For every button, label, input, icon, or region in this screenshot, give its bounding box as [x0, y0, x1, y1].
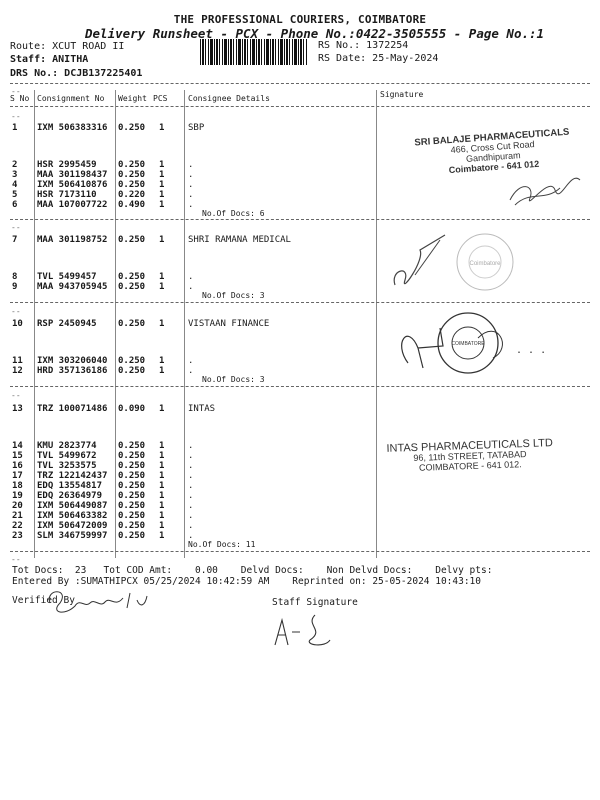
signature-scribble — [500, 160, 590, 210]
totals-line: Tot Docs: 23 Tot COD Amt: 0.00 Delvd Doc… — [12, 565, 492, 576]
column-header-signature: Signature — [380, 90, 423, 99]
column-header-details: Consignee Details — [188, 94, 270, 103]
stamp-intas: INTAS PHARMACEUTICALS LTD 96, 11th STREE… — [379, 437, 560, 475]
entered-by-line: Entered By :SUMATHIPCX 05/25/2024 10:42:… — [12, 576, 481, 587]
table-row: 17TRZ 1221424370.2501. — [0, 471, 600, 481]
staff-signature — [270, 610, 340, 650]
table-row: 23SLM 3467599970.2501. — [0, 531, 600, 541]
drs-number: DRS No.: DCJB137225401 — [10, 68, 142, 79]
table-row: 22IXM 5064720090.2501. — [0, 521, 600, 531]
divider — [10, 551, 590, 552]
column-header-pcs: PCS — [153, 94, 167, 103]
divider — [10, 219, 590, 220]
staff-signature-label: Staff Signature — [272, 597, 358, 608]
divider — [10, 106, 590, 107]
divider — [10, 83, 590, 84]
runsheet-subtitle: Delivery Runsheet - PCX - Phone No.:0422… — [85, 26, 544, 41]
table-row: 18EDQ 135548170.2501. — [0, 481, 600, 491]
route-label: Route: XCUT ROAD II — [10, 41, 124, 52]
divider-mark: -- — [11, 223, 21, 232]
barcode-icon — [200, 39, 308, 65]
staff-label: Staff: ANITHA — [10, 54, 88, 65]
divider-mark: -- — [11, 112, 21, 121]
column-header-weight: Weight — [118, 94, 147, 103]
table-row: 13TRZ 1000714860.0901INTAS — [0, 404, 600, 414]
table-row: 19EDQ 263649790.2501. — [0, 491, 600, 501]
group-doc-count: No.Of Docs: 3 — [202, 291, 265, 300]
rs-number: RS No.: 1372254 — [318, 40, 408, 51]
rs-date: RS Date: 25-May-2024 — [318, 53, 438, 64]
svg-text:. . .: . . . — [516, 345, 546, 356]
column-header-sno: S No — [10, 94, 29, 103]
group-doc-count: No.Of Docs: 3 — [202, 375, 265, 384]
divider-mark: -- — [11, 307, 21, 316]
divider-mark: -- — [11, 391, 21, 400]
column-header-consignment: Consignment No — [37, 94, 104, 103]
svg-text:COIMBATORE: COIMBATORE — [451, 341, 485, 347]
verified-signature — [45, 588, 155, 618]
divider-mark: -- — [11, 555, 21, 564]
stamp-vistaan-finance: COIMBATORE . . . — [388, 308, 548, 383]
table-row: 21IXM 5064633820.2501. — [0, 511, 600, 521]
divider — [10, 302, 590, 303]
group-doc-count: No.Of Docs: 11 — [188, 540, 255, 549]
group-doc-count: No.Of Docs: 6 — [202, 209, 265, 218]
stamp-shri-ramana: Coimbatore — [385, 230, 525, 300]
divider — [10, 386, 590, 387]
company-title: THE PROFESSIONAL COURIERS, COIMBATORE — [0, 13, 600, 26]
table-row: 20IXM 5064490870.2501. — [0, 501, 600, 511]
svg-text:Coimbatore: Coimbatore — [469, 261, 501, 267]
